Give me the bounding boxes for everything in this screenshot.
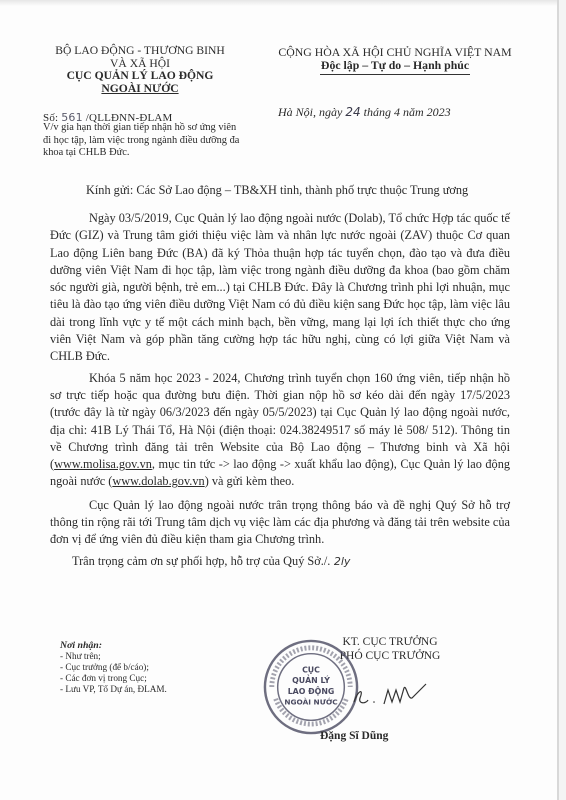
- official-seal-icon: CỤC QUẢN LÝ LAO ĐỘNG NGOÀI NƯỚC: [262, 638, 360, 736]
- document-page: BỘ LAO ĐỘNG - THƯƠNG BINH VÀ XÃ HỘI CỤC …: [0, 0, 566, 800]
- recipient-item: - Các đơn vị trong Cục;: [60, 673, 167, 684]
- paragraph-2: Khóa 5 năm học 2023 - 2024, Chương trình…: [50, 370, 510, 491]
- date-day-handwritten: 24: [345, 105, 360, 119]
- paragraph-3: Cục Quản lý lao động ngoài nước trân trọ…: [50, 497, 510, 549]
- closing-text: Trân trọng cảm ơn sự phối hợp, hỗ trợ củ…: [72, 554, 330, 568]
- dolab-link[interactable]: www.dolab.gov.vn: [112, 474, 204, 488]
- issuing-authority-header: BỘ LAO ĐỘNG - THƯƠNG BINH VÀ XÃ HỘI CỤC …: [40, 45, 240, 95]
- recipients-title: Nơi nhận:: [60, 640, 167, 651]
- paragraph-2-text-c: ) và gửi kèm theo.: [205, 474, 295, 488]
- stamp-line-1: CỤC: [302, 665, 320, 674]
- motto-underline: [320, 74, 470, 75]
- scan-top-shadow: [0, 0, 566, 6]
- closing-line: Trân trọng cảm ơn sự phối hợp, hỗ trợ củ…: [50, 553, 510, 570]
- salutation: Kính gửi: Các Sở Lao động – TB&XH tỉnh, …: [86, 183, 468, 198]
- stamp-line-3: LAO ĐỘNG: [288, 686, 335, 696]
- recipient-item: - Cục trưởng (để b/cáo);: [60, 662, 167, 673]
- handwritten-initials: 2ly: [330, 555, 350, 568]
- national-motto: Độc lập – Tự do – Hạnh phúc: [250, 59, 540, 72]
- scan-right-margin: [559, 0, 566, 800]
- date-suffix: tháng 4 năm 2023: [361, 105, 451, 119]
- recipient-item: - Lưu VP, Tổ Dự án, ĐLAM.: [60, 684, 167, 695]
- stamp-line-4: NGOÀI NƯỚC: [284, 698, 337, 707]
- department-line-2: NGOÀI NƯỚC: [101, 82, 178, 95]
- stamp-line-2: QUẢN LÝ: [292, 674, 330, 685]
- place-and-date: Hà Nội, ngày 24 tháng 4 năm 2023: [278, 105, 451, 120]
- paragraph-1: Ngày 03/5/2019, Cục Quản lý lao động ngo…: [50, 210, 510, 366]
- recipient-item: - Như trên;: [60, 651, 167, 662]
- letter-body: Ngày 03/5/2019, Cục Quản lý lao động ngo…: [50, 210, 510, 574]
- handwritten-signature-icon: [350, 680, 430, 710]
- signer-name: Đặng Sĩ Dũng: [320, 730, 388, 742]
- molisa-link[interactable]: www.molisa.gov.vn: [54, 457, 152, 471]
- national-header: CỘNG HÒA XÃ HỘI CHỦ NGHĨA VIỆT NAM Độc l…: [250, 46, 540, 75]
- ministry-line-1: BỘ LAO ĐỘNG - THƯƠNG BINH: [40, 45, 240, 58]
- document-subject: V/v gia hạn thời gian tiếp nhận hồ sơ ứn…: [43, 122, 243, 160]
- recipients-block: Nơi nhận: - Như trên; - Cục trưởng (để b…: [60, 640, 167, 695]
- date-prefix: Hà Nội, ngày: [278, 105, 345, 119]
